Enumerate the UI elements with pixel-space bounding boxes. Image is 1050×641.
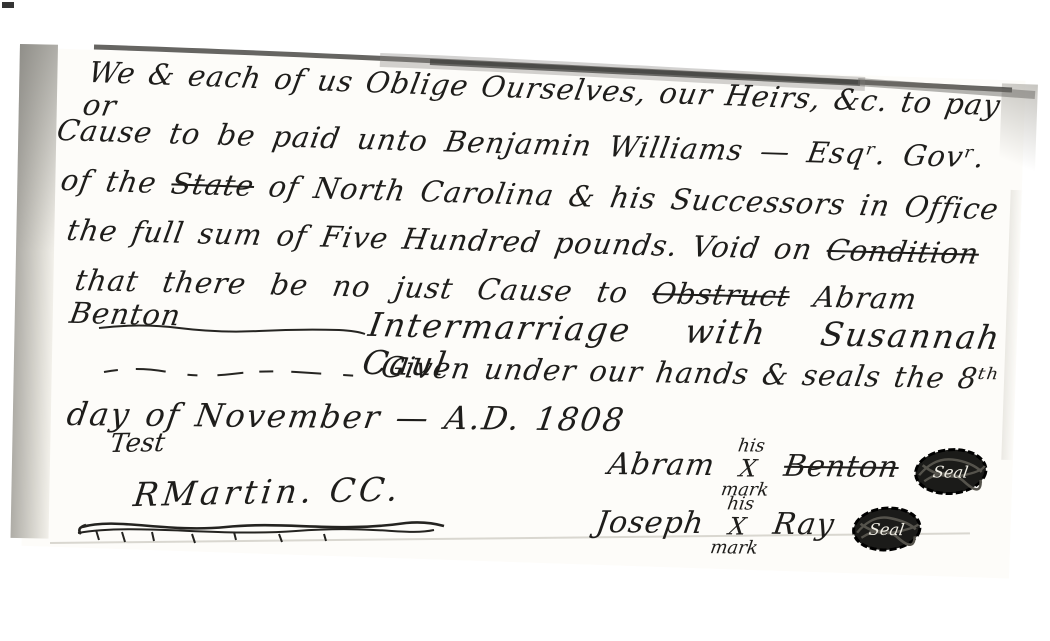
seal-label: Seal <box>868 520 906 539</box>
x-mark: X <box>727 514 748 538</box>
his-label: his <box>726 495 755 513</box>
signer-first-name: Joseph <box>594 498 708 539</box>
test-label: Test <box>108 429 166 460</box>
seal-scribble: Seal <box>844 503 930 556</box>
signer-last-name: Ray <box>771 500 838 541</box>
filler-line-long <box>93 318 373 342</box>
seal-label: Seal <box>932 462 970 481</box>
mark-label: mark <box>709 539 759 557</box>
signature-flourish <box>72 503 462 555</box>
x-mark: X <box>738 456 759 480</box>
seal-scribble: Seal <box>908 445 994 498</box>
scan-artifact-speck <box>2 2 14 8</box>
struck-word-state: State <box>169 166 257 202</box>
scanned-document: We & each of us Oblige Ourselves, our He… <box>0 0 1050 641</box>
signer-first-name: Abram <box>606 440 719 481</box>
struck-word-obstruct: Obstruct <box>650 276 793 313</box>
his-mark-stack: his X mark <box>709 495 766 557</box>
signature-row-ray: Joseph his X mark Ray Seal <box>591 498 930 559</box>
his-label: his <box>737 437 766 455</box>
his-mark-stack: his X mark <box>720 437 777 499</box>
filler-line-dashes <box>100 362 370 382</box>
struck-word-condition: Condition <box>824 233 982 271</box>
paper-right-edge-top <box>998 83 1038 196</box>
body-line-3-pre: of the <box>58 163 174 200</box>
signature-row-benton: Abram his X mark Benton Seal <box>603 440 994 502</box>
signer-last-name: Benton <box>782 442 903 483</box>
